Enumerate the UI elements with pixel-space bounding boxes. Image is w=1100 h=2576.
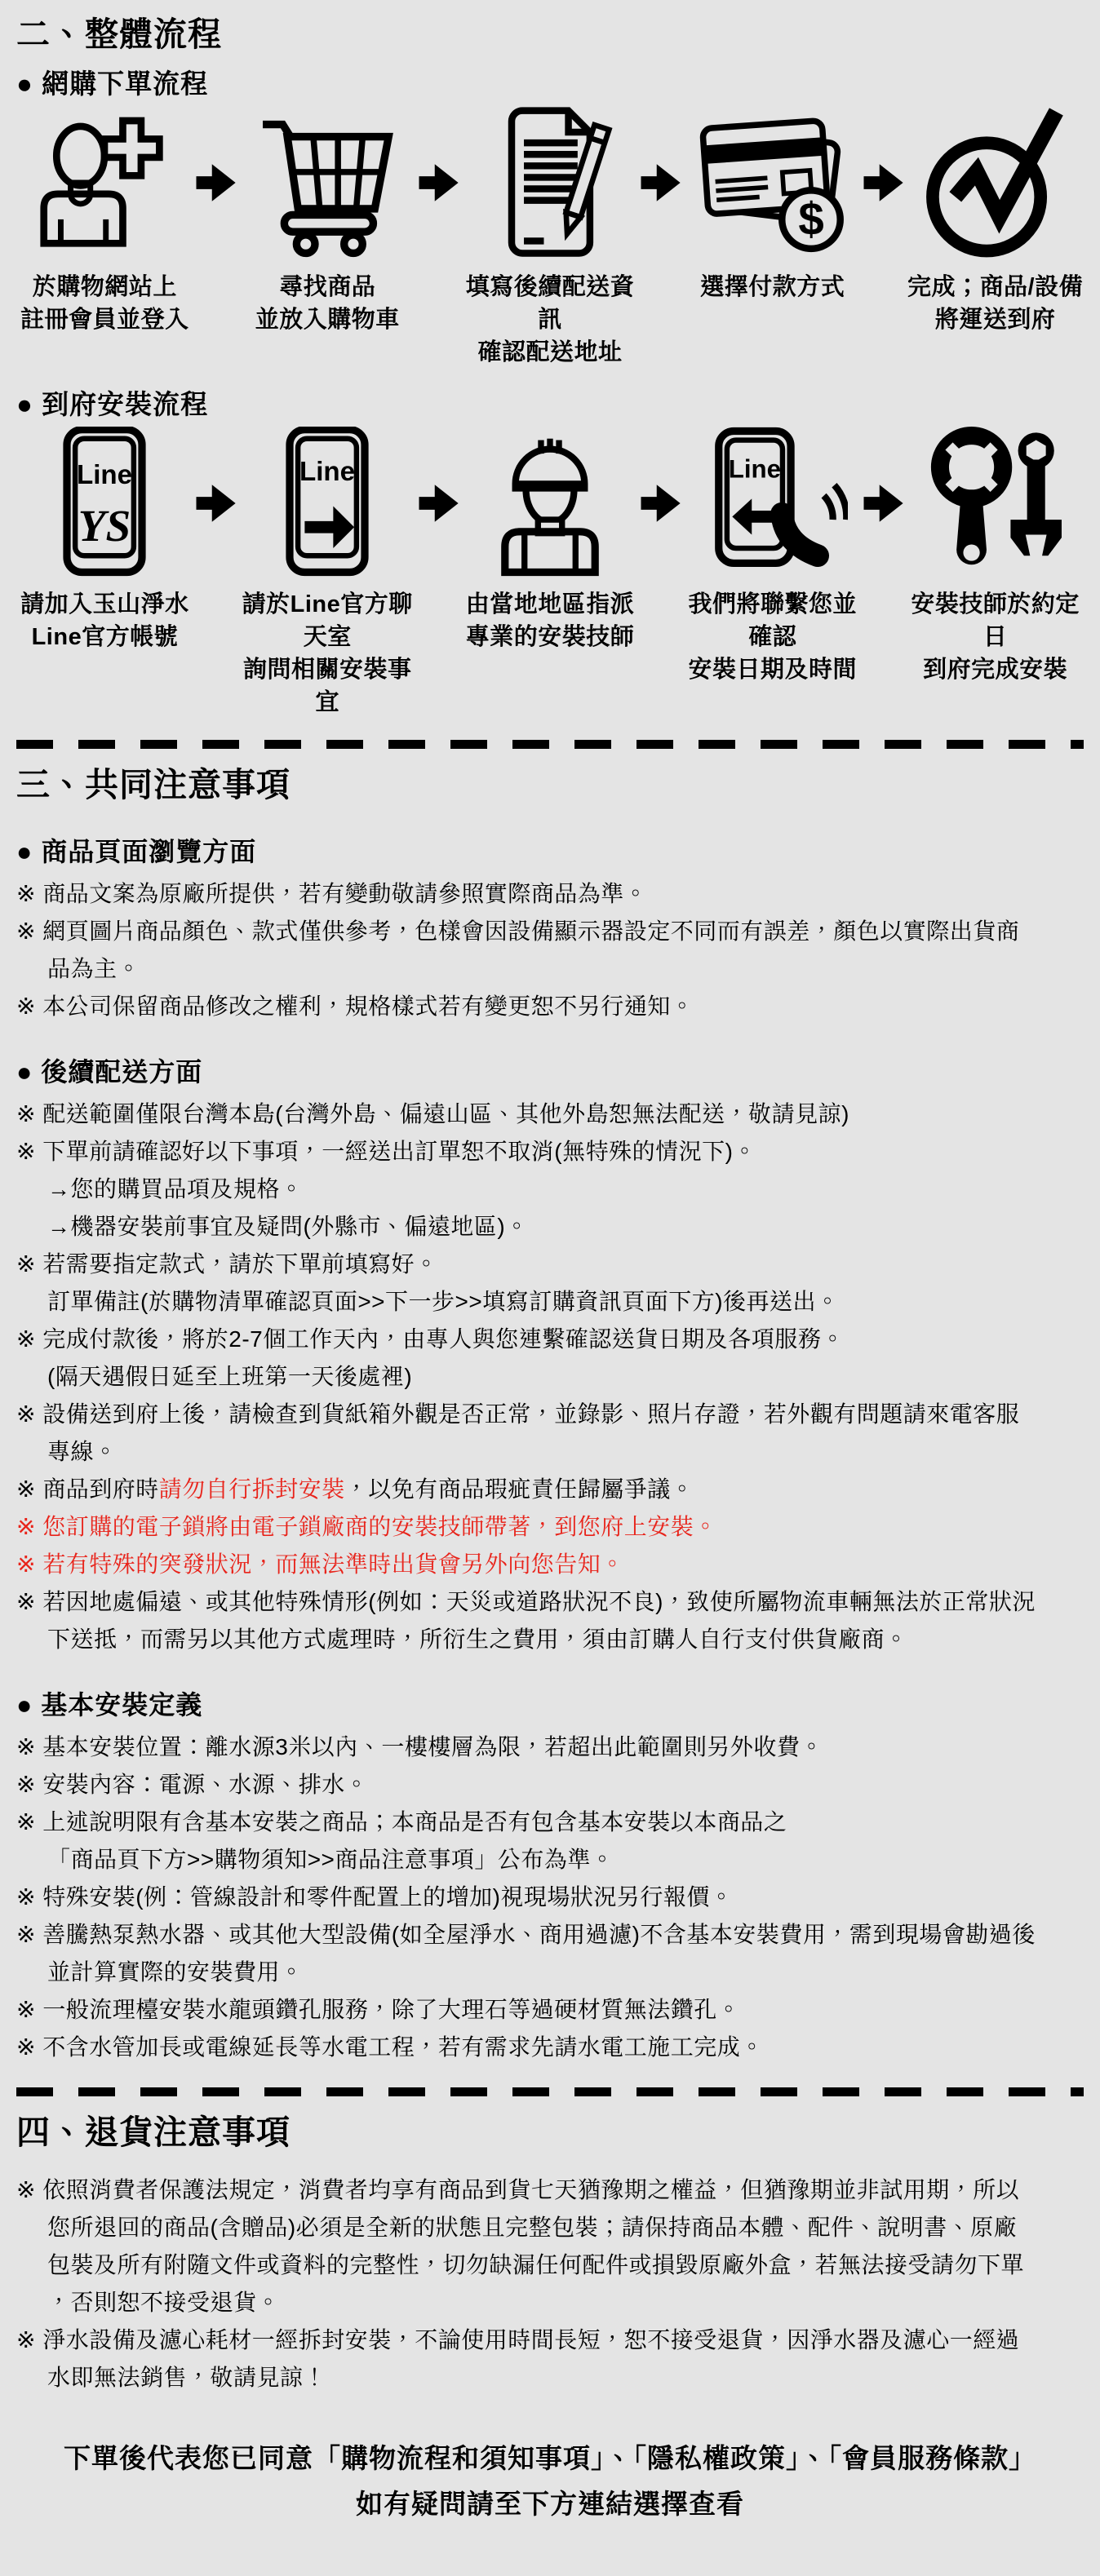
note: ※ 完成付款後，將於2-7個工作天內，由專人與您連繫確認送貨日期及各項服務。(隔… (16, 1321, 1084, 1396)
shopping-notice-page: { "colors": { "background": "#e4e4e4", "… (0, 0, 1100, 2576)
note: ※ 下單前請確認好以下事項，一經送出訂單恕不取消(無特殊的情況下)。→您的購買品… (16, 1133, 1084, 1246)
note: ※ 若因地處偏遠、或其他特殊情形(例如：天災或道路狀況不良)，致使所屬物流車輛無… (16, 1583, 1084, 1658)
note-line: ※ 善騰熱泵熱水器、或其他大型設備(如全屋淨水、商用過濾)不含基本安裝費用，需到… (16, 1916, 1084, 1954)
step-caption: 安裝技師於約定日 到府完成安裝 (907, 588, 1084, 686)
note-text: ※ 依照消費者保護法規定，消費者均享有商品到貨七天猶豫期之權益，但猶豫期並非試用… (16, 2177, 1019, 2202)
note-line: ※ 若需要指定款式，請於下單前填寫好。 (16, 1246, 1084, 1283)
user-plus-icon (16, 103, 193, 263)
flow-step: 完成；商品/設備 將運送到府 (907, 103, 1084, 336)
technician-icon (462, 423, 639, 580)
note-text: ※ 您訂購的電子鎖將由電子鎖廠商的安裝技師帶著，到您府上安裝。 (16, 1514, 717, 1539)
note: ※ 依照消費者保護法規定，消費者均享有商品到貨七天猶豫期之權益，但猶豫期並非試用… (16, 2171, 1084, 2321)
note-line: ※ 特殊安裝(例：管線設計和零件配置上的增加)視現場狀況另行報價。 (16, 1879, 1084, 1916)
note: ※ 配送範圍僅限台灣本島(台灣外島、偏遠山區、其他外島恕無法配送，敬請見諒) (16, 1095, 1084, 1133)
arrow-right-icon (861, 103, 907, 263)
note-text: ，否則恕不接受退貨。 (47, 2290, 280, 2315)
note-text: 包裝及所有附隨文件或資料的完整性，切勿缺漏任何配件或損毀原廠外盒，若無法接受請勿… (47, 2252, 1024, 2277)
return-notes: ※ 依照消費者保護法規定，消費者均享有商品到貨七天猶豫期之權益，但猶豫期並非試用… (16, 2171, 1084, 2397)
note-line: 包裝及所有附隨文件或資料的完整性，切勿缺漏任何配件或損毀原廠外盒，若無法接受請勿… (16, 2246, 1084, 2284)
group-heading: ● 商品頁面瀏覽方面 (16, 831, 1084, 869)
svg-text:Line: Line (77, 460, 132, 490)
step-caption: 尋找商品 並放入購物車 (255, 271, 400, 336)
note-list: ※ 配送範圍僅限台灣本島(台灣外島、偏遠山區、其他外島恕無法配送，敬請見諒)※ … (16, 1095, 1084, 1658)
note-line: 品為主。 (16, 950, 1084, 988)
note-line: 訂單備註(於購物清單確認頁面>>下一步>>填寫訂購資訊頁面下方)後再送出。 (16, 1283, 1084, 1321)
flow-row: 於購物網站上 註冊會員並登入尋找商品 並放入購物車填寫後續配送資訊 確認配送地址… (16, 103, 1084, 369)
note: ※ 善騰熱泵熱水器、或其他大型設備(如全屋淨水、商用過濾)不含基本安裝費用，需到… (16, 1916, 1084, 1991)
note-text: ※ 一般流理檯安裝水龍頭鑽孔服務，除了大理石等過硬材質無法鑽孔。 (16, 1997, 740, 2022)
note: ※ 商品文案為原廠所提供，若有變動敬請參照實際商品為準。 (16, 875, 1084, 913)
flow-step: LineYS請加入玉山淨水 Line官方帳號 (16, 423, 193, 653)
arrow-right-icon (638, 103, 684, 263)
note: ※ 基本安裝位置：離水源3米以內、一樓樓層為限，若超出此範圍則另外收費。 (16, 1728, 1084, 1766)
note-line: 「商品頁下方>>購物須知>>商品注意事項」公布為準。 (16, 1841, 1084, 1879)
note-line: ※ 基本安裝位置：離水源3米以內、一樓樓層為限，若超出此範圍則另外收費。 (16, 1728, 1084, 1766)
agreement-line-2: 如有疑問請至下方連結選擇查看 (16, 2481, 1084, 2527)
flow-step: $選擇付款方式 (684, 103, 861, 303)
svg-text:Line: Line (729, 455, 781, 484)
step-caption: 由當地地區指派 專業的安裝技師 (466, 588, 635, 653)
note-line: ※ 完成付款後，將於2-7個工作天內，由專人與您連繫確認送貨日期及各項服務。 (16, 1321, 1084, 1358)
note-text: ※ 不含水管加長或電線延長等水電工程，若有需求先請水電工施工完成。 (16, 2034, 764, 2060)
step-caption: 於購物網站上 註冊會員並登入 (20, 271, 189, 336)
note-line: ※ 設備送到府上後，請檢查到貨紙箱外觀是否正常，並錄影、照片存證，若外觀有問題請… (16, 1396, 1084, 1433)
note-text: ※ 善騰熱泵熱水器、或其他大型設備(如全屋淨水、商用過濾)不含基本安裝費用，需到… (16, 1922, 1036, 1947)
note-text: 訂單備註(於購物清單確認頁面>>下一步>>填寫訂購資訊頁面下方)後再送出。 (47, 1289, 840, 1314)
note-line: ※ 上述說明限有含基本安裝之商品；本商品是否有包含基本安裝以本商品之 (16, 1804, 1084, 1841)
note-groups: ● 商品頁面瀏覽方面※ 商品文案為原廠所提供，若有變動敬請參照實際商品為準。※ … (16, 831, 1084, 2066)
note-text: ※ 若有特殊的突發狀況，而無法準時出貨會另外向您告知。 (16, 1551, 624, 1577)
note-text: 下送抵，而需另以其他方式處理時，所衍生之費用，須由訂購人自行支付供貨廠商。 (47, 1627, 908, 1652)
svg-text:Line: Line (299, 457, 355, 487)
note-text: ※ 網頁圖片商品顏色、款式僅供參考，色樣會因設備顯示器設定不同而有誤差，顏色以實… (16, 918, 1019, 944)
note-line: ※ 安裝內容：電源、水源、排水。 (16, 1766, 1084, 1804)
phone-line-next-icon: Line (239, 423, 416, 580)
note-text: 「商品頁下方>>購物須知>>商品注意事項」公布為準。 (47, 1847, 614, 1872)
note: ※ 上述說明限有含基本安裝之商品；本商品是否有包含基本安裝以本商品之「商品頁下方… (16, 1804, 1084, 1879)
note-text: ※ 基本安裝位置：離水源3米以內、一樓樓層為限，若超出此範圍則另外收費。 (16, 1734, 823, 1759)
note-line: ※ 網頁圖片商品顏色、款式僅供參考，色樣會因設備顯示器設定不同而有誤差，顏色以實… (16, 913, 1084, 950)
flow-heading: ● 到府安裝流程 (16, 383, 1084, 422)
note-list: ※ 基本安裝位置：離水源3米以內、一樓樓層為限，若超出此範圍則另外收費。※ 安裝… (16, 1728, 1084, 2066)
section-title-return-notes: 四、退貨注意事項 (16, 2113, 1084, 2153)
note-text: 水即無法銷售，敬請見諒！ (47, 2365, 326, 2390)
note: ※ 一般流理檯安裝水龍頭鑽孔服務，除了大理石等過硬材質無法鑽孔。 (16, 1991, 1084, 2029)
agreement-statement: 下單後代表您已同意「購物流程和須知事項」、「隱私權政策」、「會員服務條款」 如有… (16, 2436, 1084, 2527)
process-flows: ● 網購下單流程於購物網站上 註冊會員並登入尋找商品 並放入購物車填寫後續配送資… (16, 63, 1084, 719)
note-line: ※ 不含水管加長或電線延長等水電工程，若有需求先請水電工施工完成。 (16, 2029, 1084, 2066)
check-circle-icon (907, 103, 1084, 263)
note-text: ※ 特殊安裝(例：管線設計和零件配置上的增加)視現場狀況另行報價。 (16, 1884, 733, 1910)
note: ※ 本公司保留商品修改之權利，規格樣式若有變更恕不另行通知。 (16, 988, 1084, 1025)
arrow-right-icon (416, 423, 462, 583)
arrow-right-icon (861, 423, 907, 583)
note-text: ※ 商品到府時 (16, 1476, 159, 1502)
group-heading: ● 後續配送方面 (16, 1051, 1084, 1089)
section-title-common-notes: 三、共同注意事項 (16, 765, 1084, 805)
note-text: 您所退回的商品(含贈品)必須是全新的狀態且完整包裝；請保持商品本體、配件、說明書… (47, 2215, 1017, 2240)
step-caption: 填寫後續配送資訊 確認配送地址 (462, 271, 639, 369)
note: ※ 若有特殊的突發狀況，而無法準時出貨會另外向您告知。 (16, 1546, 1084, 1583)
note-list: ※ 商品文案為原廠所提供，若有變動敬請參照實際商品為準。※ 網頁圖片商品顏色、款… (16, 875, 1084, 1025)
wrenches-icon (907, 423, 1084, 580)
shopping-cart-icon (239, 103, 416, 263)
svg-text:YS: YS (78, 501, 131, 551)
note-line: ※ 一般流理檯安裝水龍頭鑽孔服務，除了大理石等過硬材質無法鑽孔。 (16, 1991, 1084, 2029)
note-line: →您的購買品項及規格。 (16, 1171, 1084, 1208)
step-caption: 我們將聯繫您並確認 安裝日期及時間 (684, 588, 861, 686)
document-pen-icon (462, 103, 639, 263)
note: ※ 淨水設備及濾心耗材一經拆封安裝，不論使用時間長短，恕不接受退貨，因淨水器及濾… (16, 2321, 1084, 2397)
arrow-right-icon (193, 423, 239, 583)
note-text: ※ 安裝內容：電源、水源、排水。 (16, 1772, 368, 1797)
note-text: ※ 下單前請確認好以下事項，一經送出訂單恕不取消(無特殊的情況下)。 (16, 1139, 756, 1164)
note-text: ※ 完成付款後，將於2-7個工作天內，由專人與您連繫確認送貨日期及各項服務。 (16, 1326, 845, 1352)
step-caption: 請於Line官方聊天室 詢問相關安裝事宜 (239, 588, 416, 719)
step-caption: 完成；商品/設備 將運送到府 (907, 271, 1083, 336)
flow-step: 由當地地區指派 專業的安裝技師 (462, 423, 639, 653)
group-heading: ● 基本安裝定義 (16, 1684, 1084, 1722)
note: ※ 安裝內容：電源、水源、排水。 (16, 1766, 1084, 1804)
note: ※ 網頁圖片商品顏色、款式僅供參考，色樣會因設備顯示器設定不同而有誤差，顏色以實… (16, 913, 1084, 988)
arrow-right-icon (416, 103, 462, 263)
note-line: ，否則恕不接受退貨。 (16, 2284, 1084, 2321)
note-text: ※ 上述說明限有含基本安裝之商品；本商品是否有包含基本安裝以本商品之 (16, 1809, 787, 1835)
section-title-overall-process: 二、整體流程 (16, 15, 1084, 55)
note-line: ※ 本公司保留商品修改之權利，規格樣式若有變更恕不另行通知。 (16, 988, 1084, 1025)
note-text: (隔天遇假日延至上班第一天後處裡) (47, 1364, 412, 1389)
svg-text:$: $ (798, 193, 823, 245)
flow-heading: ● 網購下單流程 (16, 63, 1084, 101)
flow-step: Line請於Line官方聊天室 詢問相關安裝事宜 (239, 423, 416, 719)
note-text: ※ 設備送到府上後，請檢查到貨紙箱外觀是否正常，並錄影、照片存證，若外觀有問題請… (16, 1401, 1019, 1427)
note-text: 並計算實際的安裝費用。 (47, 1959, 304, 1985)
note-text: ※ 若需要指定款式，請於下單前填寫好。 (16, 1251, 438, 1277)
note-line: ※ 您訂購的電子鎖將由電子鎖廠商的安裝技師帶著，到您府上安裝。 (16, 1508, 1084, 1546)
flow-step: 安裝技師於約定日 到府完成安裝 (907, 423, 1084, 686)
note-line: 下送抵，而需另以其他方式處理時，所衍生之費用，須由訂購人自行支付供貨廠商。 (16, 1621, 1084, 1658)
flow-step: 尋找商品 並放入購物車 (239, 103, 416, 336)
arrow-right-icon (193, 103, 239, 263)
phone-line-call-icon: Line (684, 423, 861, 580)
dashed-divider (16, 2087, 1084, 2096)
note: ※ 設備送到府上後，請檢查到貨紙箱外觀是否正常，並錄影、照片存證，若外觀有問題請… (16, 1396, 1084, 1471)
note-line: ※ 依照消費者保護法規定，消費者均享有商品到貨七天猶豫期之權益，但猶豫期並非試用… (16, 2171, 1084, 2209)
note-line: ※ 若有特殊的突發狀況，而無法準時出貨會另外向您告知。 (16, 1546, 1084, 1583)
dashed-divider (16, 740, 1084, 749)
note-line: 水即無法銷售，敬請見諒！ (16, 2359, 1084, 2397)
arrow-right-icon (638, 423, 684, 583)
flow-step: 於購物網站上 註冊會員並登入 (16, 103, 193, 336)
step-caption: 選擇付款方式 (700, 271, 845, 303)
flow-step: 填寫後續配送資訊 確認配送地址 (462, 103, 639, 369)
note-text: ※ 若因地處偏遠、或其他特殊情形(例如：天災或道路狀況不良)，致使所屬物流車輛無… (16, 1589, 1036, 1614)
section-common-notes: 三、共同注意事項 ● 商品頁面瀏覽方面※ 商品文案為原廠所提供，若有變動敬請參照… (16, 765, 1084, 2066)
note-text: ※ 本公司保留商品修改之權利，規格樣式若有變更恕不另行通知。 (16, 994, 694, 1019)
note-text: →機器安裝前事宜及疑問(外縣市、偏遠地區)。 (47, 1214, 529, 1239)
note-line: 專線。 (16, 1433, 1084, 1471)
note-line: ※ 商品到府時請勿自行拆封安裝，以免有商品瑕疵責任歸屬爭議。 (16, 1471, 1084, 1508)
note-line: ※ 商品文案為原廠所提供，若有變動敬請參照實際商品為準。 (16, 875, 1084, 913)
step-caption: 請加入玉山淨水 Line官方帳號 (20, 588, 189, 653)
note-text: ※ 淨水設備及濾心耗材一經拆封安裝，不論使用時間長短，恕不接受退貨，因淨水器及濾… (16, 2327, 1019, 2352)
note-text: →您的購買品項及規格。 (47, 1176, 304, 1202)
note-line: (隔天遇假日延至上班第一天後處裡) (16, 1358, 1084, 1396)
note-line: 您所退回的商品(含贈品)必須是全新的狀態且完整包裝；請保持商品本體、配件、說明書… (16, 2209, 1084, 2246)
note-line: ※ 配送範圍僅限台灣本島(台灣外島、偏遠山區、其他外島恕無法配送，敬請見諒) (16, 1095, 1084, 1133)
note: ※ 您訂購的電子鎖將由電子鎖廠商的安裝技師帶著，到您府上安裝。 (16, 1508, 1084, 1546)
note-line: ※ 若因地處偏遠、或其他特殊情形(例如：天災或道路狀況不良)，致使所屬物流車輛無… (16, 1583, 1084, 1621)
flow-step: Line我們將聯繫您並確認 安裝日期及時間 (684, 423, 861, 686)
note-text: ※ 配送範圍僅限台灣本島(台灣外島、偏遠山區、其他外島恕無法配送，敬請見諒) (16, 1101, 849, 1126)
note-text: ※ 商品文案為原廠所提供，若有變動敬請參照實際商品為準。 (16, 881, 647, 906)
note: ※ 不含水管加長或電線延長等水電工程，若有需求先請水電工施工完成。 (16, 2029, 1084, 2066)
note-line: ※ 淨水設備及濾心耗材一經拆封安裝，不論使用時間長短，恕不接受退貨，因淨水器及濾… (16, 2321, 1084, 2359)
note: ※ 特殊安裝(例：管線設計和零件配置上的增加)視現場狀況另行報價。 (16, 1879, 1084, 1916)
note-text: 請勿自行拆封安裝 (159, 1476, 345, 1502)
note: ※ 商品到府時請勿自行拆封安裝，以免有商品瑕疵責任歸屬爭議。 (16, 1471, 1084, 1508)
note-text: 品為主。 (47, 956, 140, 981)
note-text: 專線。 (47, 1439, 118, 1464)
flow-row: LineYS請加入玉山淨水 Line官方帳號Line請於Line官方聊天室 詢問… (16, 423, 1084, 719)
note: ※ 若需要指定款式，請於下單前填寫好。訂單備註(於購物清單確認頁面>>下一步>>… (16, 1246, 1084, 1321)
note-text: ，以免有商品瑕疵責任歸屬爭議。 (345, 1476, 694, 1502)
note-line: 並計算實際的安裝費用。 (16, 1954, 1084, 1991)
note-line: →機器安裝前事宜及疑問(外縣市、偏遠地區)。 (16, 1208, 1084, 1246)
section-overall-process: 二、整體流程 ● 網購下單流程於購物網站上 註冊會員並登入尋找商品 並放入購物車… (16, 15, 1084, 719)
credit-card-icon: $ (684, 103, 861, 263)
section-return-notes: 四、退貨注意事項 ※ 依照消費者保護法規定，消費者均享有商品到貨七天猶豫期之權益… (16, 2113, 1084, 2396)
note-line: ※ 下單前請確認好以下事項，一經送出訂單恕不取消(無特殊的情況下)。 (16, 1133, 1084, 1171)
phone-line-ys-icon: LineYS (16, 423, 193, 580)
agreement-line-1: 下單後代表您已同意「購物流程和須知事項」、「隱私權政策」、「會員服務條款」 (16, 2436, 1084, 2481)
